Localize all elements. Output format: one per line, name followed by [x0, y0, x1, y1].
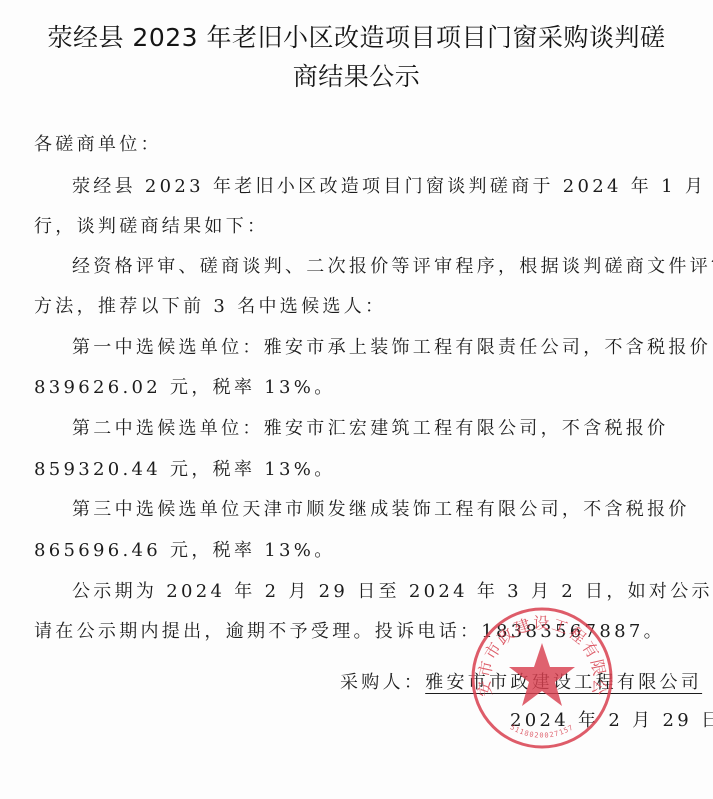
document-title-line-1: 荥经县 2023 年老旧小区改造项目项目门窗采购谈判磋: [0, 18, 713, 54]
document-title-line-2: 商结果公示: [0, 57, 713, 93]
method-paragraph-line-2: 方法，推荐以下前 3 名中选候选人：: [34, 292, 386, 318]
purchaser-label: 采购人：: [340, 672, 425, 693]
method-paragraph-line-1: 经资格评审、磋商谈判、二次报价等评审程序，根据谈判磋商文件评审: [72, 252, 713, 278]
signature-date: 2024 年 2 月 29 日: [510, 706, 713, 732]
candidate-3-line-2: 865696.46 元，税率 13%。: [34, 536, 336, 562]
notice-line-2: 请在公示期内提出，逾期不予受理。投诉电话：18383567887。: [34, 617, 665, 643]
candidate-2-line-1: 第二中选候选单位：雅安市汇宏建筑工程有限公司，不含税报价: [72, 414, 668, 440]
candidate-2-line-2: 859320.44 元，税率 13%。: [34, 455, 336, 481]
candidate-1-line-1: 第一中选候选单位：雅安市承上装饰工程有限责任公司，不含税报价: [72, 333, 711, 359]
document-page: 荥经县 2023 年老旧小区改造项目项目门窗采购谈判磋 商结果公示 各磋商单位：…: [0, 0, 713, 799]
salutation: 各磋商单位：: [34, 130, 162, 156]
candidate-1-line-2: 839626.02 元，税率 13%。: [34, 373, 336, 399]
notice-line-1: 公示期为 2024 年 2 月 29 日至 2024 年 3 月 2 日，如对公…: [72, 577, 713, 603]
purchaser-name: 雅安市市政建设工程有限公司: [425, 672, 702, 693]
intro-paragraph-line-1: 荥经县 2023 年老旧小区改造项目门窗谈判磋商于 2024 年 1 月 26 …: [72, 172, 713, 198]
purchaser-signature: 采购人：雅安市市政建设工程有限公司: [340, 668, 702, 694]
intro-paragraph-line-2: 行，谈判磋商结果如下：: [34, 212, 268, 238]
candidate-3-line-1: 第三中选候选单位天津市顺发继成装饰工程有限公司，不含税报价: [72, 495, 690, 521]
